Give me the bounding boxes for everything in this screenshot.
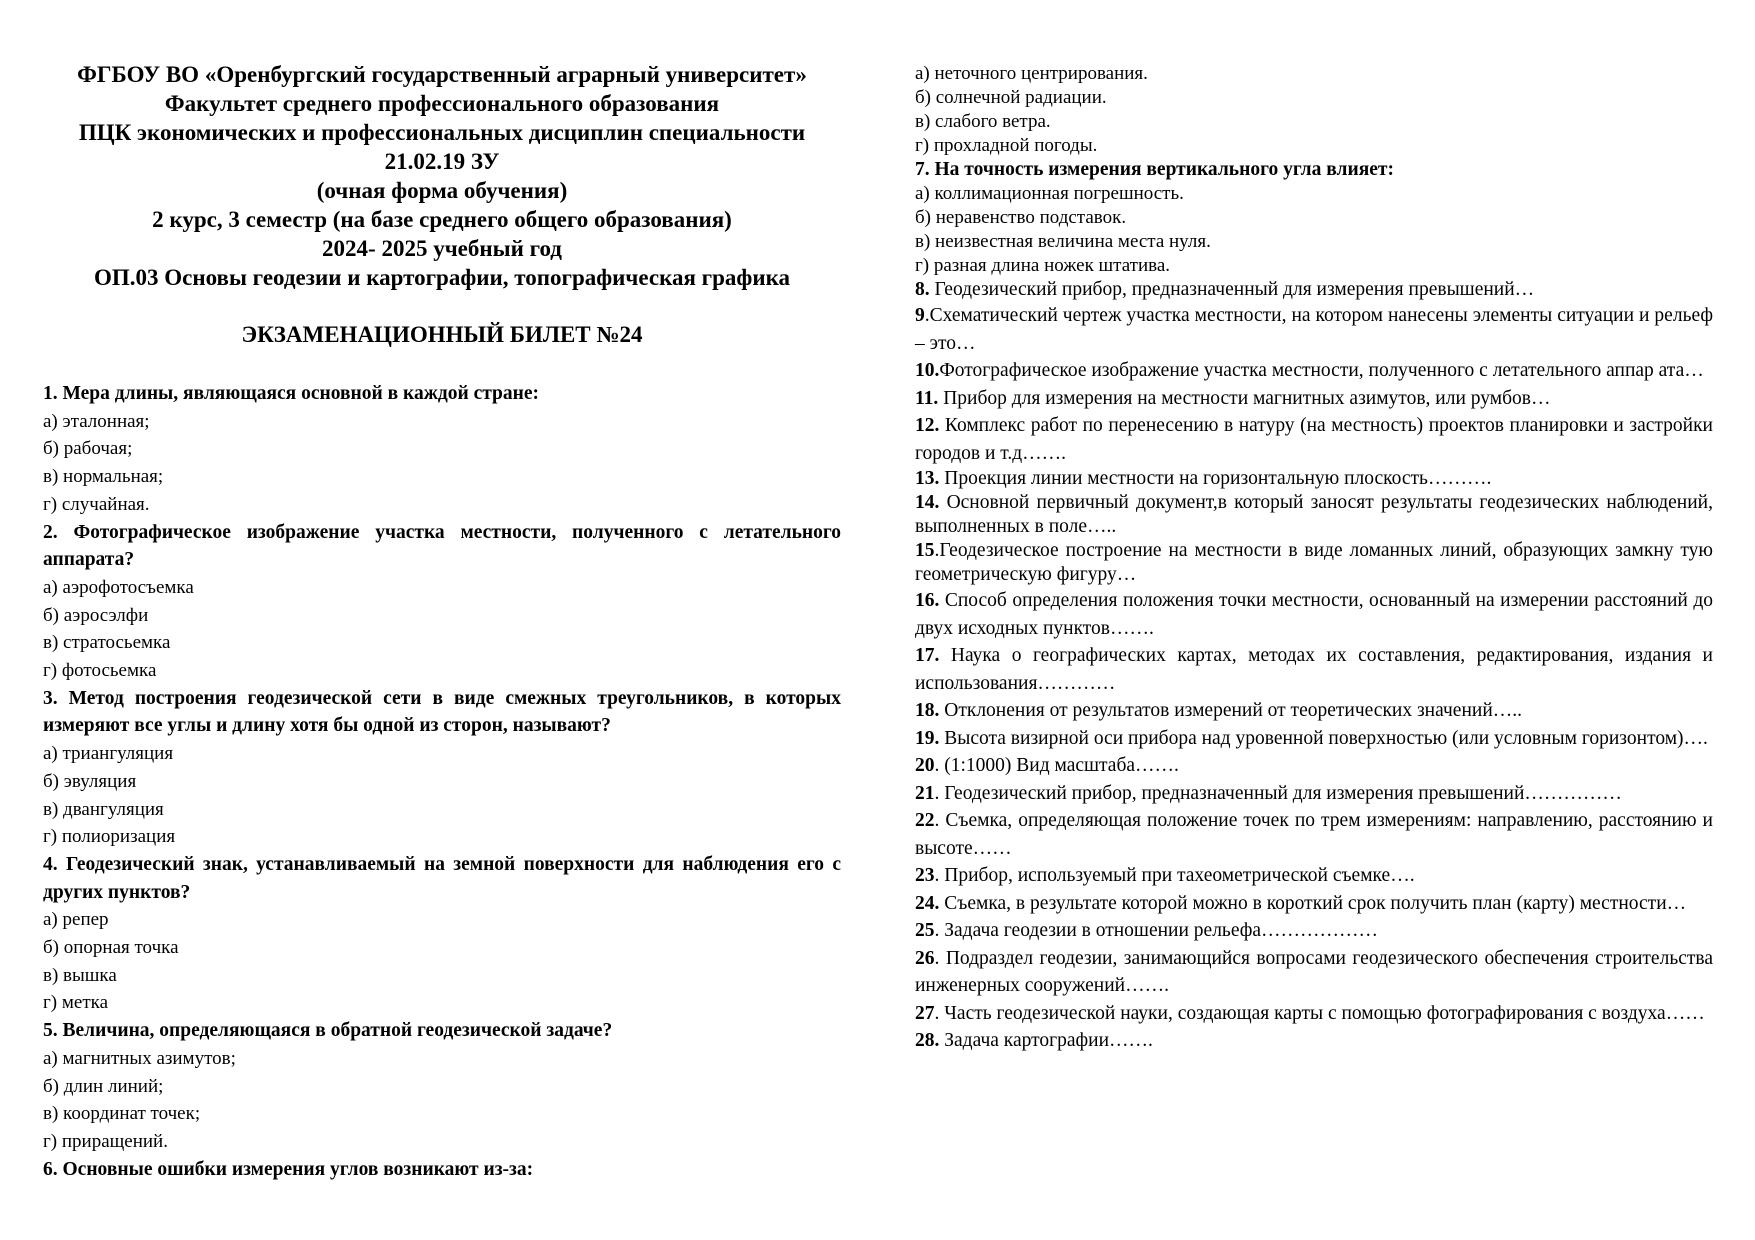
- right-column: а) неточного центрирования. б) солнечной…: [915, 62, 1713, 1055]
- option: а) триангуляция: [43, 740, 841, 768]
- option: а) магнитных азимутов;: [43, 1045, 841, 1073]
- left-column: ФГБОУ ВО «Оренбургский государственный а…: [43, 60, 841, 1183]
- option: б) неравенство подставок.: [915, 206, 1713, 230]
- option: г) метка: [43, 989, 841, 1017]
- open-question-25: 25. Задача геодезии в отношении рельефа……: [915, 917, 1713, 945]
- open-question-19: 19. Высота визирной оси прибора над уров…: [915, 725, 1713, 753]
- open-questions-list: 8. Геодезический прибор, предназначенный…: [915, 278, 1713, 1055]
- open-question-22: 22. Съемка, определяющая положение точек…: [915, 807, 1713, 862]
- question-6-heading: 6. Основные ошибки измерения углов возни…: [43, 1156, 841, 1184]
- question-6-options: а) неточного центрирования. б) солнечной…: [915, 62, 1713, 158]
- open-question-14: 14. Основной первичный документ,в которы…: [915, 491, 1713, 539]
- option: в) стратосьемка: [43, 629, 841, 657]
- option: г) случайная.: [43, 491, 841, 519]
- option: в) двангуляция: [43, 796, 841, 824]
- header-line-discipline: ОП.03 Основы геодезии и картографии, топ…: [43, 263, 841, 292]
- open-question-11: 11. Прибор для измерения на местности ма…: [915, 385, 1713, 413]
- question-text: 7. На точность измерения вертикального у…: [915, 158, 1713, 182]
- question-text: 5. Величина, определяющаяся в обратной г…: [43, 1017, 841, 1045]
- option: а) репер: [43, 906, 841, 934]
- question-text: 4. Геодезический знак, устанавливаемый н…: [43, 851, 841, 906]
- question-4: 4. Геодезический знак, устанавливаемый н…: [43, 851, 841, 1017]
- option: г) прохладной погоды.: [915, 134, 1713, 158]
- document-header: ФГБОУ ВО «Оренбургский государственный а…: [43, 60, 841, 292]
- open-question-26: 26. Подраздел геодезии, занимающийся воп…: [915, 945, 1713, 1000]
- option: б) длин линий;: [43, 1073, 841, 1101]
- open-question-18: 18. Отклонения от результатов измерений …: [915, 697, 1713, 725]
- option: б) рабочая;: [43, 435, 841, 463]
- question-text: 3. Метод построения геодезической сети в…: [43, 685, 841, 740]
- open-question-27: 27. Часть геодезической науки, создающая…: [915, 1000, 1713, 1028]
- option: а) коллимационная погрешность.: [915, 182, 1713, 206]
- header-line-faculty: Факультет среднего профессионального обр…: [43, 89, 841, 118]
- option: в) слабого ветра.: [915, 110, 1713, 134]
- question-2: 2. Фотографическое изображение участка м…: [43, 519, 841, 685]
- open-question-17: 17. Наука о географических картах, метод…: [915, 642, 1713, 697]
- option: а) аэрофотосъемка: [43, 574, 841, 602]
- option: г) фотосьемка: [43, 657, 841, 685]
- header-line-institution: ФГБОУ ВО «Оренбургский государственный а…: [43, 60, 841, 89]
- option: в) неизвестная величина места нуля.: [915, 230, 1713, 254]
- option: б) аэросэлфи: [43, 602, 841, 630]
- ticket-title: ЭКЗАМЕНАЦИОННЫЙ БИЛЕТ №24: [43, 320, 841, 349]
- open-question-9: 9.Схематический чертеж участка местности…: [915, 302, 1713, 357]
- open-question-13: 13. Проекция линии местности на горизонт…: [915, 467, 1713, 491]
- question-text: 2. Фотографическое изображение участка м…: [43, 519, 841, 574]
- open-question-24: 24. Съемка, в результате которой можно в…: [915, 890, 1713, 918]
- header-line-specialty-code: 21.02.19 ЗУ: [43, 147, 841, 176]
- option: в) вышка: [43, 962, 841, 990]
- open-question-21: 21. Геодезический прибор, предназначенны…: [915, 780, 1713, 808]
- header-line-study-form: (очная форма обучения): [43, 176, 841, 205]
- question-5: 5. Величина, определяющаяся в обратной г…: [43, 1017, 841, 1156]
- question-7: 7. На точность измерения вертикального у…: [915, 158, 1713, 278]
- option: в) координат точек;: [43, 1100, 841, 1128]
- question-1: 1. Мера длины, являющаяся основной в каж…: [43, 380, 841, 519]
- open-question-20: 20. (1:1000) Вид масштаба…….: [915, 752, 1713, 780]
- header-line-year: 2024- 2025 учебный год: [43, 234, 841, 263]
- open-question-23: 23. Прибор, используемый при тахеометрич…: [915, 862, 1713, 890]
- open-question-28: 28. Задача картографии…….: [915, 1027, 1713, 1055]
- question-text: 6. Основные ошибки измерения углов возни…: [43, 1156, 841, 1184]
- question-text: 1. Мера длины, являющаяся основной в каж…: [43, 380, 841, 408]
- open-question-8: 8. Геодезический прибор, предназначенный…: [915, 278, 1713, 302]
- header-line-course: 2 курс, 3 семестр (на базе среднего обще…: [43, 205, 841, 234]
- option: б) опорная точка: [43, 934, 841, 962]
- open-question-12: 12. Комплекс работ по перенесению в нату…: [915, 412, 1713, 467]
- open-question-15: 15.Геодезическое построение на местности…: [915, 539, 1713, 587]
- open-question-10: 10.Фотографическое изображение участка м…: [915, 357, 1713, 385]
- option: б) эвуляция: [43, 768, 841, 796]
- option: а) эталонная;: [43, 408, 841, 436]
- header-line-department: ПЦК экономических и профессиональных дис…: [43, 118, 841, 147]
- option: б) солнечной радиации.: [915, 86, 1713, 110]
- option: г) разная длина ножек штатива.: [915, 254, 1713, 278]
- open-question-16: 16. Способ определения положения точки м…: [915, 587, 1713, 642]
- question-3: 3. Метод построения геодезической сети в…: [43, 685, 841, 851]
- option: а) неточного центрирования.: [915, 62, 1713, 86]
- option: г) приращений.: [43, 1128, 841, 1156]
- option: г) полиоризация: [43, 823, 841, 851]
- option: в) нормальная;: [43, 463, 841, 491]
